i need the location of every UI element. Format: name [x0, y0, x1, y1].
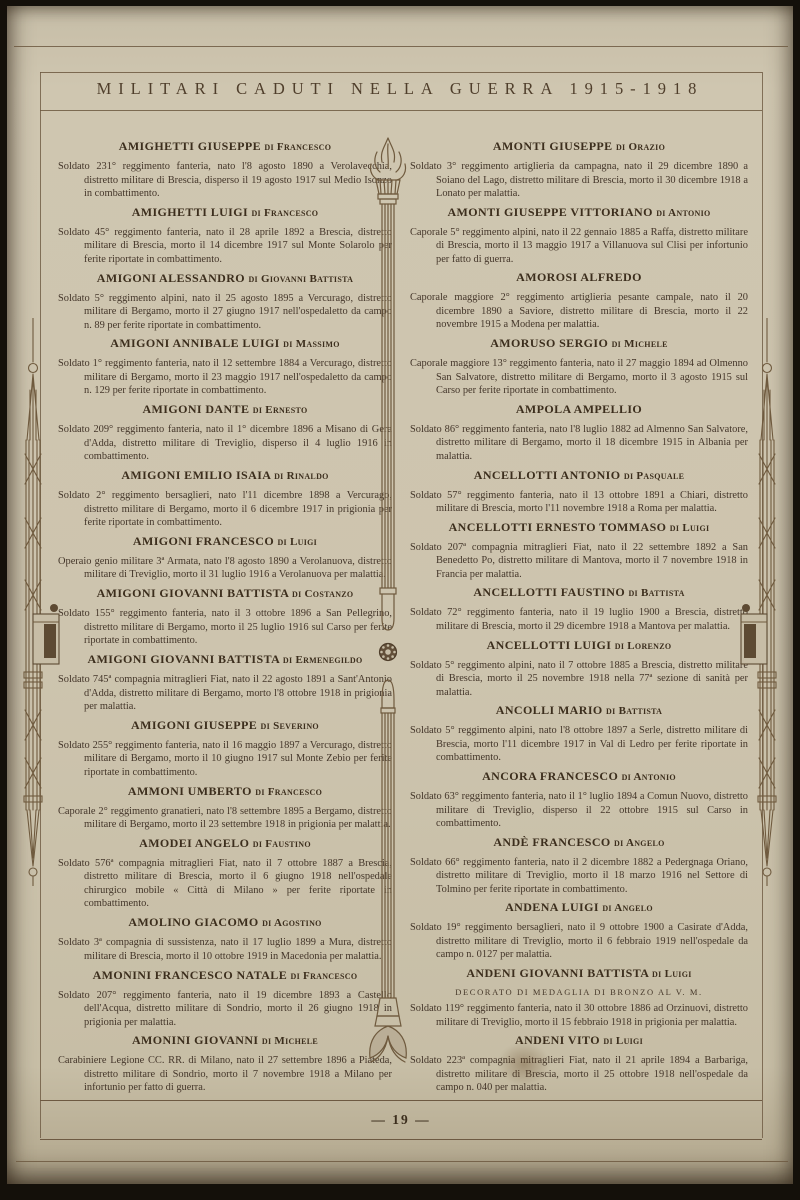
- soldier-entry: ANDÈ FRANCESCO di AngeloSoldato 66° regg…: [410, 835, 748, 897]
- soldier-entry: AMIGONI ANNIBALE LUIGI di MassimoSoldato…: [58, 336, 392, 398]
- page-title: MILITARI CADUTI NELLA GUERRA 1915-1918: [40, 79, 760, 99]
- soldier-entry: AMIGHETTI LUIGI di FrancescoSoldato 45° …: [58, 205, 392, 267]
- soldier-entry: AMIGONI DANTE di ErnestoSoldato 209° reg…: [58, 402, 392, 464]
- soldier-entry: AMIGONI ALESSANDRO di Giovanni BattistaS…: [58, 271, 392, 333]
- soldier-patronymic: di Ermenegildo: [283, 654, 363, 666]
- soldier-name-heading: ANDENA LUIGI di Angelo: [410, 900, 748, 915]
- soldier-name-heading: AMONTI GIUSEPPE VITTORIANO di Antonio: [410, 205, 748, 220]
- soldier-name-heading: ANCELLOTTI ERNESTO TOMMASO di Luigi: [410, 520, 748, 535]
- soldier-name: AMIGHETTI LUIGI: [132, 205, 248, 219]
- soldier-record: Soldato 3ª compagnia di sussistenza, nat…: [58, 936, 392, 963]
- soldier-name: AMORUSO SERGIO: [490, 336, 608, 350]
- soldier-entry: AMIGHETTI GIUSEPPE di FrancescoSoldato 2…: [58, 139, 392, 201]
- soldier-name: AMOROSI ALFREDO: [516, 270, 642, 284]
- soldier-name-heading: AMIGONI GIOVANNI BATTISTA di Costanzo: [58, 586, 392, 601]
- soldier-name: AMIGONI ALESSANDRO: [97, 271, 245, 285]
- soldier-patronymic: di Angelo: [602, 902, 653, 914]
- left-column: AMIGHETTI GIUSEPPE di FrancescoSoldato 2…: [58, 139, 392, 1095]
- soldier-record: Soldato 209° reggimento fanteria, nato i…: [58, 423, 392, 464]
- soldier-name-heading: ANCELLOTTI LUIGI di Lorenzo: [410, 638, 748, 653]
- soldier-name: AMIGONI GIOVANNI BATTISTA: [87, 652, 279, 666]
- footer-band: — 19 —: [40, 1100, 762, 1140]
- soldier-patronymic: di Francesco: [291, 970, 358, 982]
- soldier-name-heading: AMIGONI GIUSEPPE di Severino: [58, 718, 392, 733]
- soldier-name: ANCELLOTTI ANTONIO: [474, 468, 621, 482]
- soldier-entry: AMOLINO GIACOMO di AgostinoSoldato 3ª co…: [58, 915, 392, 963]
- torch-column-ornament: [365, 136, 411, 1080]
- soldier-patronymic: di Luigi: [277, 536, 317, 548]
- soldier-name-heading: AMODEI ANGELO di Faustino: [58, 836, 392, 851]
- soldier-name: AMOLINO GIACOMO: [128, 915, 258, 929]
- soldier-record: Soldato 19° reggimento bersaglieri, nato…: [410, 921, 748, 962]
- soldier-record: Soldato 63° reggimento fanteria, nato il…: [410, 790, 748, 831]
- soldier-entry: AMIGONI GIOVANNI BATTISTA di Ermenegildo…: [58, 652, 392, 714]
- soldier-record: Carabiniere Legione CC. RR. di Milano, n…: [58, 1054, 392, 1095]
- title-band-bottom-rule: [40, 110, 762, 111]
- soldier-entry: ANCELLOTTI ANTONIO di PasqualeSoldato 57…: [410, 468, 748, 516]
- soldier-patronymic: di Massimo: [283, 338, 340, 350]
- soldier-patronymic: di Luigi: [652, 968, 692, 980]
- rosette-ornament: [380, 644, 397, 661]
- soldier-name-heading: AMIGONI DANTE di Ernesto: [58, 402, 392, 417]
- soldier-name-heading: ANCOLLI MARIO di Battista: [410, 703, 748, 718]
- soldier-name: ANDENI GIOVANNI BATTISTA: [466, 966, 648, 980]
- soldier-name-heading: AMOLINO GIACOMO di Agostino: [58, 915, 392, 930]
- soldier-name: AMPOLA AMPELLIO: [516, 402, 642, 416]
- soldier-name-heading: AMMONI UMBERTO di Francesco: [58, 784, 392, 799]
- soldier-entry: AMIGONI GIOVANNI BATTISTA di CostanzoSol…: [58, 586, 392, 648]
- soldier-name-heading: ANCORA FRANCESCO di Antonio: [410, 769, 748, 784]
- soldier-record: Soldato 223ª compagnia mitraglieri Fiat,…: [410, 1054, 748, 1095]
- fasces-ornament-right: [738, 318, 798, 886]
- soldier-record: Soldato 66° reggimento fanteria, nato il…: [410, 856, 748, 897]
- soldier-record: Caporale maggiore 2° reggimento artiglie…: [410, 291, 748, 332]
- soldier-record: Soldato 207° reggimento fanteria, nato i…: [58, 989, 392, 1030]
- soldier-name-heading: AMORUSO SERGIO di Michele: [410, 336, 748, 351]
- soldier-patronymic: di Francesco: [251, 207, 318, 219]
- soldier-name: AMIGONI GIOVANNI BATTISTA: [97, 586, 289, 600]
- soldier-entry: AMONTI GIUSEPPE di OrazioSoldato 3° regg…: [410, 139, 748, 201]
- soldier-record: Operaio genio militare 3ª Armata, nato l…: [58, 555, 392, 582]
- soldier-name: AMONINI FRANCESCO NATALE: [93, 968, 288, 982]
- soldier-name-heading: ANCELLOTTI FAUSTINO di Battista: [410, 585, 748, 600]
- soldier-name-heading: AMIGONI ANNIBALE LUIGI di Massimo: [58, 336, 392, 351]
- soldier-name-heading: AMIGONI FRANCESCO di Luigi: [58, 534, 392, 549]
- soldier-record: Soldato 45° reggimento fanteria, nato il…: [58, 226, 392, 267]
- soldier-name-heading: AMIGHETTI LUIGI di Francesco: [58, 205, 392, 220]
- soldier-record: Soldato 1° reggimento fanteria, nato il …: [58, 357, 392, 398]
- soldier-entry: ANCELLOTTI ERNESTO TOMMASO di LuigiSolda…: [410, 520, 748, 582]
- soldier-patronymic: di Michele: [262, 1035, 318, 1047]
- soldier-record: Soldato 745ª compagnia mitraglieri Fiat,…: [58, 673, 392, 714]
- soldier-patronymic: di Lorenzo: [615, 640, 672, 652]
- bottom-outer-rule: [16, 1161, 788, 1162]
- soldier-record: Soldato 155° reggimento fanteria, nato i…: [58, 607, 392, 648]
- soldier-entry: ANCELLOTTI LUIGI di LorenzoSoldato 5° re…: [410, 638, 748, 700]
- soldier-entry: ANCORA FRANCESCO di AntonioSoldato 63° r…: [410, 769, 748, 831]
- soldier-name-heading: ANCELLOTTI ANTONIO di Pasquale: [410, 468, 748, 483]
- soldier-record: Soldato 72° reggimento fanteria, nato il…: [410, 606, 748, 633]
- soldier-record: Soldato 5° reggimento alpini, nato l'8 o…: [410, 724, 748, 765]
- soldier-patronymic: di Giovanni Battista: [248, 273, 353, 285]
- soldier-entry: AMONINI FRANCESCO NATALE di FrancescoSol…: [58, 968, 392, 1030]
- paper-stain: [498, 1042, 550, 1086]
- soldier-name-heading: AMONINI FRANCESCO NATALE di Francesco: [58, 968, 392, 983]
- soldier-name: AMIGONI EMILIO ISAIA: [121, 468, 270, 482]
- soldier-patronymic: di Agostino: [262, 917, 322, 929]
- soldier-entry: AMODEI ANGELO di FaustinoSoldato 576ª co…: [58, 836, 392, 911]
- soldier-record: Caporale 2° reggimento granatieri, nato …: [58, 805, 392, 832]
- soldier-patronymic: di Battista: [628, 587, 684, 599]
- soldier-patronymic: di Francesco: [255, 786, 322, 798]
- soldier-entry: ANDENI VITO di LuigiSoldato 223ª compagn…: [410, 1033, 748, 1095]
- title-band-top-rule: [40, 72, 762, 73]
- soldier-name: ANCELLOTTI FAUSTINO: [473, 585, 625, 599]
- soldier-patronymic: di Luigi: [603, 1035, 643, 1047]
- soldier-patronymic: di Faustino: [253, 838, 311, 850]
- soldier-name-heading: ANDÈ FRANCESCO di Angelo: [410, 835, 748, 850]
- soldier-record: Soldato 3° reggimento artiglieria da cam…: [410, 160, 748, 201]
- soldier-name: ANDÈ FRANCESCO: [493, 835, 610, 849]
- soldier-record: Soldato 119° reggimento fanteria, nato i…: [410, 1002, 748, 1029]
- fasces-ornament-left: [2, 318, 62, 886]
- soldier-entry: AMONINI GIOVANNI di MicheleCarabiniere L…: [58, 1033, 392, 1095]
- soldier-patronymic: di Luigi: [670, 522, 710, 534]
- soldier-patronymic: di Pasquale: [624, 470, 684, 482]
- soldier-name: AMIGONI GIUSEPPE: [131, 718, 257, 732]
- soldier-record: Caporale maggiore 13° reggimento fanteri…: [410, 357, 748, 398]
- soldier-record: Soldato 255° reggimento fanteria, nato i…: [58, 739, 392, 780]
- soldier-entry: AMORUSO SERGIO di MicheleCaporale maggio…: [410, 336, 748, 398]
- soldier-name: AMIGONI ANNIBALE LUIGI: [110, 336, 280, 350]
- right-column: AMONTI GIUSEPPE di OrazioSoldato 3° regg…: [410, 139, 748, 1095]
- soldier-name-heading: ANDENI GIOVANNI BATTISTA di Luigi: [410, 966, 748, 981]
- soldier-entry: ANCOLLI MARIO di BattistaSoldato 5° regg…: [410, 703, 748, 765]
- soldier-patronymic: di Battista: [606, 705, 662, 717]
- soldier-name: ANDENA LUIGI: [505, 900, 599, 914]
- soldier-entry: ANCELLOTTI FAUSTINO di BattistaSoldato 7…: [410, 585, 748, 633]
- soldier-name: AMIGHETTI GIUSEPPE: [119, 139, 261, 153]
- soldier-entry: AMIGONI FRANCESCO di LuigiOperaio genio …: [58, 534, 392, 582]
- soldier-patronymic: di Antonio: [622, 771, 676, 783]
- soldier-entry: AMPOLA AMPELLIOSoldato 86° reggimento fa…: [410, 402, 748, 464]
- soldier-name-heading: AMOROSI ALFREDO: [410, 270, 748, 285]
- soldier-name-heading: ANDENI VITO di Luigi: [410, 1033, 748, 1048]
- soldier-name: ANCELLOTTI LUIGI: [487, 638, 612, 652]
- soldier-patronymic: di Rinaldo: [274, 470, 329, 482]
- scanned-book-page: MILITARI CADUTI NELLA GUERRA 1915-1918 A…: [0, 0, 800, 1200]
- soldier-entry: AMIGONI EMILIO ISAIA di RinaldoSoldato 2…: [58, 468, 392, 530]
- soldier-name: ANCELLOTTI ERNESTO TOMMASO: [449, 520, 667, 534]
- soldier-entry: ANDENA LUIGI di AngeloSoldato 19° reggim…: [410, 900, 748, 962]
- soldier-record: Soldato 5° reggimento alpini, nato il 25…: [58, 292, 392, 333]
- soldier-entry: AMMONI UMBERTO di FrancescoCaporale 2° r…: [58, 784, 392, 832]
- page-number: — 19 —: [371, 1112, 430, 1128]
- soldier-patronymic: di Francesco: [264, 141, 331, 153]
- soldier-name-heading: AMONTI GIUSEPPE di Orazio: [410, 139, 748, 154]
- soldier-name-heading: AMONINI GIOVANNI di Michele: [58, 1033, 392, 1048]
- soldier-record: Soldato 57° reggimento fanteria, nato il…: [410, 489, 748, 516]
- soldier-patronymic: di Costanzo: [292, 588, 353, 600]
- soldier-patronymic: di Ernesto: [253, 404, 308, 416]
- soldier-name: AMIGONI FRANCESCO: [133, 534, 274, 548]
- soldier-record: Caporale 5° reggimento alpini, nato il 2…: [410, 226, 748, 267]
- soldier-record: Soldato 86° reggimento fanteria, nato l'…: [410, 423, 748, 464]
- soldier-name: AMODEI ANGELO: [139, 836, 249, 850]
- soldier-name: ANCORA FRANCESCO: [482, 769, 618, 783]
- soldier-name-heading: AMIGONI ALESSANDRO di Giovanni Battista: [58, 271, 392, 286]
- soldier-name-heading: AMIGONI GIOVANNI BATTISTA di Ermenegildo: [58, 652, 392, 667]
- soldier-record: Soldato 576ª compagnia mitraglieri Fiat,…: [58, 857, 392, 911]
- soldier-name: AMONTI GIUSEPPE: [493, 139, 613, 153]
- soldier-patronymic: di Severino: [261, 720, 319, 732]
- soldier-record: Soldato 207ª compagnia mitraglieri Fiat,…: [410, 541, 748, 582]
- soldier-entry: AMONTI GIUSEPPE VITTORIANO di AntonioCap…: [410, 205, 748, 267]
- soldier-name-heading: AMIGONI EMILIO ISAIA di Rinaldo: [58, 468, 392, 483]
- soldier-patronymic: di Antonio: [656, 207, 710, 219]
- soldier-name-heading: AMIGHETTI GIUSEPPE di Francesco: [58, 139, 392, 154]
- soldier-name: AMONINI GIOVANNI: [132, 1033, 259, 1047]
- soldier-record: Soldato 2° reggimento bersaglieri, nato …: [58, 489, 392, 530]
- soldier-patronymic: di Michele: [612, 338, 668, 350]
- soldier-entry: AMOROSI ALFREDOCaporale maggiore 2° regg…: [410, 270, 748, 332]
- soldier-patronymic: di Angelo: [614, 837, 665, 849]
- soldier-record: Soldato 5° reggimento alpini, nato il 7 …: [410, 659, 748, 700]
- soldier-name-heading: AMPOLA AMPELLIO: [410, 402, 748, 417]
- soldier-name: AMMONI UMBERTO: [128, 784, 252, 798]
- top-outer-rule: [14, 46, 788, 47]
- soldier-entry: ANDENI GIOVANNI BATTISTA di LuigiDECORAT…: [410, 966, 748, 1029]
- soldier-name: ANCOLLI MARIO: [496, 703, 603, 717]
- soldier-name: AMONTI GIUSEPPE VITTORIANO: [447, 205, 652, 219]
- soldier-patronymic: di Orazio: [616, 141, 665, 153]
- soldier-record: Soldato 231° reggimento fanteria, nato l…: [58, 160, 392, 201]
- soldier-honor: DECORATO DI MEDAGLIA DI BRONZO AL V. M.: [410, 987, 748, 997]
- soldier-entry: AMIGONI GIUSEPPE di SeverinoSoldato 255°…: [58, 718, 392, 780]
- soldier-name: AMIGONI DANTE: [142, 402, 249, 416]
